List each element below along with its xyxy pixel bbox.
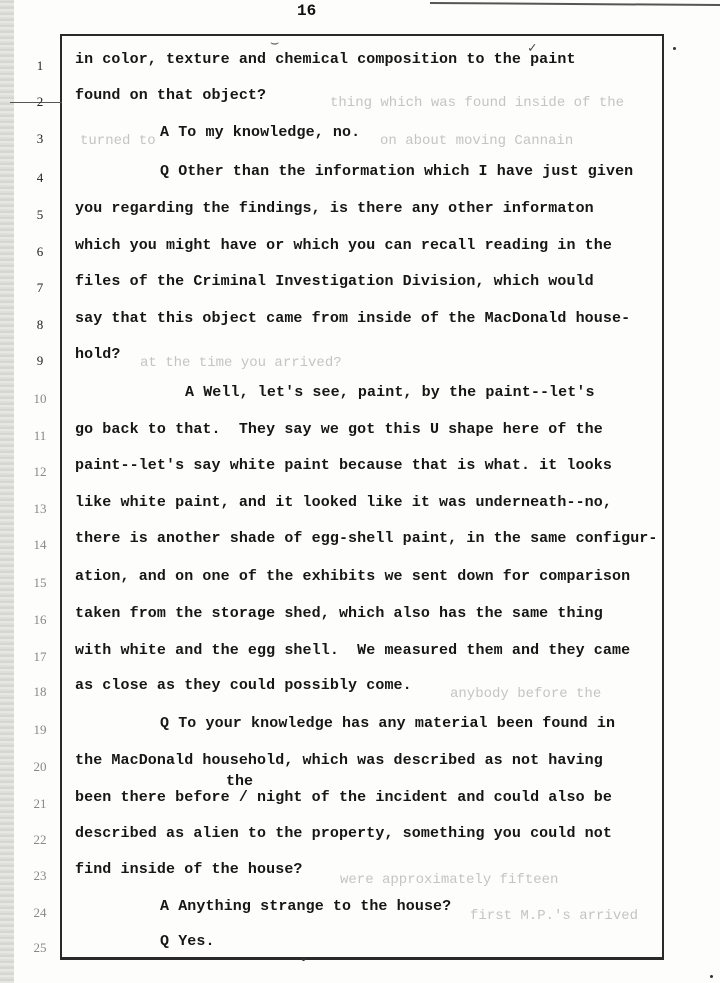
transcript-line: say that this object came from inside of… — [75, 310, 630, 327]
transcript-line: files of the Criminal Investigation Divi… — [75, 273, 594, 290]
line-number: 4 — [30, 170, 50, 186]
bleed-through-text: were approximately fifteen — [340, 872, 558, 888]
line-number: 25 — [30, 940, 50, 956]
transcript-line: found on that object? — [75, 87, 266, 104]
transcript-line: been there before / night of the inciden… — [75, 789, 612, 806]
transcript-line: in color, texture and chemical compositi… — [75, 51, 576, 68]
speck — [673, 47, 676, 50]
transcript-line: with white and the egg shell. We measure… — [75, 642, 630, 659]
transcript-line: described as alien to the property, some… — [75, 825, 612, 842]
speck — [302, 958, 305, 961]
transcript-line: go back to that. They say we got this U … — [75, 421, 603, 438]
transcript-line: paint--let's say white paint because tha… — [75, 457, 612, 474]
interlinear-insert: the — [226, 773, 253, 790]
bleed-through-text: anybody before the — [450, 686, 601, 702]
transcript-line: as close as they could possibly come. — [75, 677, 412, 694]
line-number: 23 — [30, 868, 50, 884]
speck — [710, 975, 713, 978]
line-number: 13 — [30, 501, 50, 517]
bleed-through-text: first M.P.'s arrived — [470, 908, 638, 924]
tick-mark: ⌣ — [270, 36, 279, 52]
line-number: 9 — [30, 353, 50, 369]
line-number: 7 — [30, 280, 50, 296]
transcript-line: A Well, let's see, paint, by the paint--… — [185, 384, 595, 401]
line-number: 17 — [30, 649, 50, 665]
transcript-line: the MacDonald household, which was descr… — [75, 752, 603, 769]
line-number: 19 — [30, 722, 50, 738]
transcript-line: Q Other than the information which I hav… — [160, 163, 633, 180]
line-number: 11 — [30, 428, 50, 444]
transcript-line: there is another shade of egg-shell pain… — [75, 530, 658, 547]
top-rule — [430, 2, 720, 6]
line-number: 2 — [30, 94, 50, 110]
line-number: 5 — [30, 207, 50, 223]
bleed-through-text: at the time you arrived? — [140, 355, 342, 371]
transcript-line: like white paint, and it looked like it … — [75, 494, 612, 511]
transcript-line: find inside of the house? — [75, 861, 303, 878]
transcript-line: A To my knowledge, no. — [160, 124, 360, 141]
transcript-line: Q To your knowledge has any material bee… — [160, 715, 615, 732]
bleed-through-text: thing which was found inside of the — [330, 95, 624, 111]
line-number: 1 — [30, 58, 50, 74]
transcript-line: you regarding the findings, is there any… — [75, 200, 594, 217]
page-number: 16 — [297, 2, 316, 20]
line-number: 24 — [30, 905, 50, 921]
bleed-through-text: turned to — [80, 133, 156, 149]
line-number: 22 — [30, 832, 50, 848]
scan-edge-shadow — [0, 0, 14, 983]
transcript-line: A Anything strange to the house? — [160, 898, 451, 915]
line-number: 3 — [30, 131, 50, 147]
transcript-line: which you might have or which you can re… — [75, 237, 612, 254]
line-number: 6 — [30, 244, 50, 260]
line-number: 20 — [30, 759, 50, 775]
transcript-line: hold? — [75, 346, 121, 363]
line-number: 10 — [30, 391, 50, 407]
line-number: 18 — [30, 684, 50, 700]
line-number: 14 — [30, 537, 50, 553]
line-number: 8 — [30, 317, 50, 333]
line-number: 21 — [30, 796, 50, 812]
line-number: 15 — [30, 575, 50, 591]
line-number: 16 — [30, 612, 50, 628]
transcript-line: taken from the storage shed, which also … — [75, 605, 603, 622]
transcript-line: ation, and on one of the exhibits we sen… — [75, 568, 630, 585]
line-number: 12 — [30, 464, 50, 480]
transcript-line: Q Yes. — [160, 933, 215, 950]
bleed-through-text: on about moving Cannain — [380, 133, 573, 149]
